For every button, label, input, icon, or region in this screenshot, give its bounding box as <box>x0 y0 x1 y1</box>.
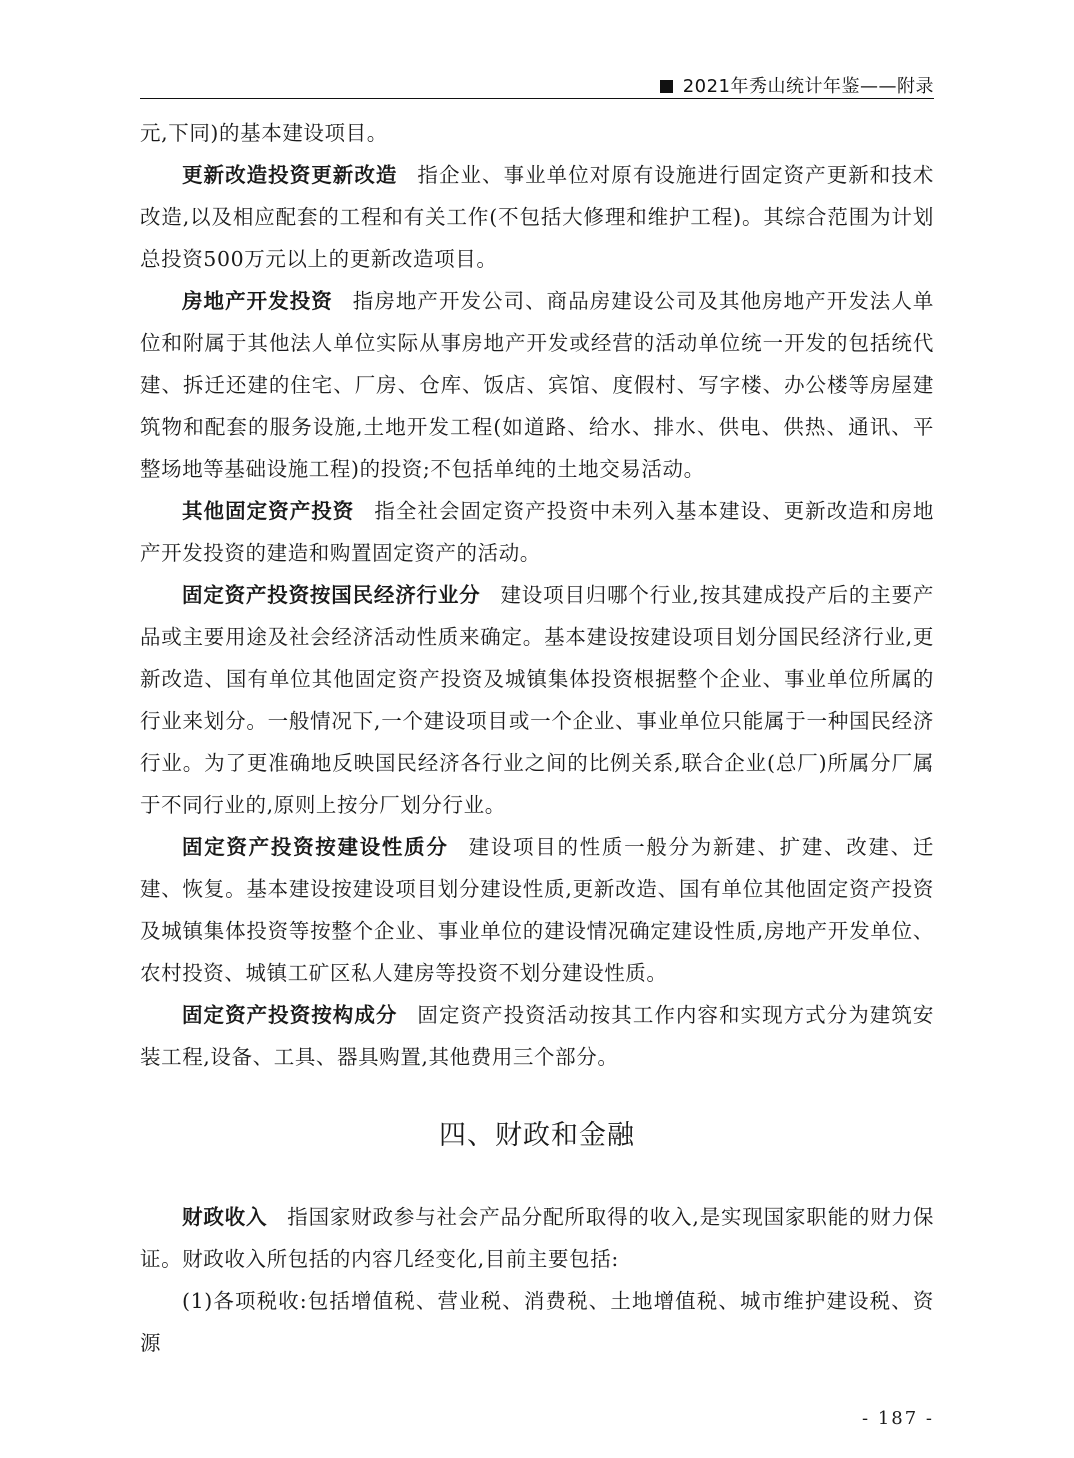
page-content: 元,下同)的基本建设项目。 更新改造投资更新改造指企业、事业单位对原有设施进行固… <box>140 112 934 1364</box>
definition-text: 指房地产开发公司、商品房建设公司及其他房地产开发法人单位和附属于其他法人单位实际… <box>140 289 934 481</box>
page-number: - 187 - <box>862 1408 934 1429</box>
running-header: 2021年秀山统计年鉴——附录 <box>140 70 934 99</box>
definition-by-construction-nature: 固定资产投资按建设性质分建设项目的性质一般分为新建、扩建、改建、迁建、恢复。基本… <box>140 826 934 994</box>
definition-term: 财政收入 <box>182 1205 267 1229</box>
list-item-taxes: (1)各项税收:包括增值税、营业税、消费税、土地增值税、城市维护建设税、资源 <box>140 1280 934 1364</box>
header-title-wrap: 2021年秀山统计年鉴——附录 <box>660 72 934 98</box>
header-title: 2021年秀山统计年鉴——附录 <box>683 76 934 97</box>
definition-renovation-investment: 更新改造投资更新改造指企业、事业单位对原有设施进行固定资产更新和技术改造,以及相… <box>140 154 934 280</box>
definition-term: 固定资产投资按建设性质分 <box>182 835 449 859</box>
definition-term: 房地产开发投资 <box>182 289 333 313</box>
definition-term: 固定资产投资按构成分 <box>182 1003 397 1027</box>
definition-fiscal-revenue: 财政收入指国家财政参与社会产品分配所取得的收入,是实现国家职能的财力保证。财政收… <box>140 1196 934 1280</box>
definition-term: 其他固定资产投资 <box>182 499 354 523</box>
square-bullet-icon <box>660 80 673 93</box>
definition-term: 更新改造投资更新改造 <box>182 163 397 187</box>
paragraph-continuation: 元,下同)的基本建设项目。 <box>140 112 934 154</box>
paragraph-text: 元,下同)的基本建设项目。 <box>140 121 388 145</box>
definition-by-composition: 固定资产投资按构成分固定资产投资活动按其工作内容和实现方式分为建筑安装工程,设备… <box>140 994 934 1078</box>
list-item-text: (1)各项税收:包括增值税、营业税、消费税、土地增值税、城市维护建设税、资源 <box>140 1289 934 1355</box>
definition-term: 固定资产投资按国民经济行业分 <box>182 583 480 607</box>
definition-text: 建设项目归哪个行业,按其建成投产后的主要产品或主要用途及社会经济活动性质来确定。… <box>140 583 934 817</box>
definition-by-industry: 固定资产投资按国民经济行业分建设项目归哪个行业,按其建成投产后的主要产品或主要用… <box>140 574 934 826</box>
definition-other-fixed-asset-investment: 其他固定资产投资指全社会固定资产投资中未列入基本建设、更新改造和房地产开发投资的… <box>140 490 934 574</box>
section-heading: 四、财政和金融 <box>140 1116 934 1156</box>
definition-real-estate-investment: 房地产开发投资指房地产开发公司、商品房建设公司及其他房地产开发法人单位和附属于其… <box>140 280 934 490</box>
